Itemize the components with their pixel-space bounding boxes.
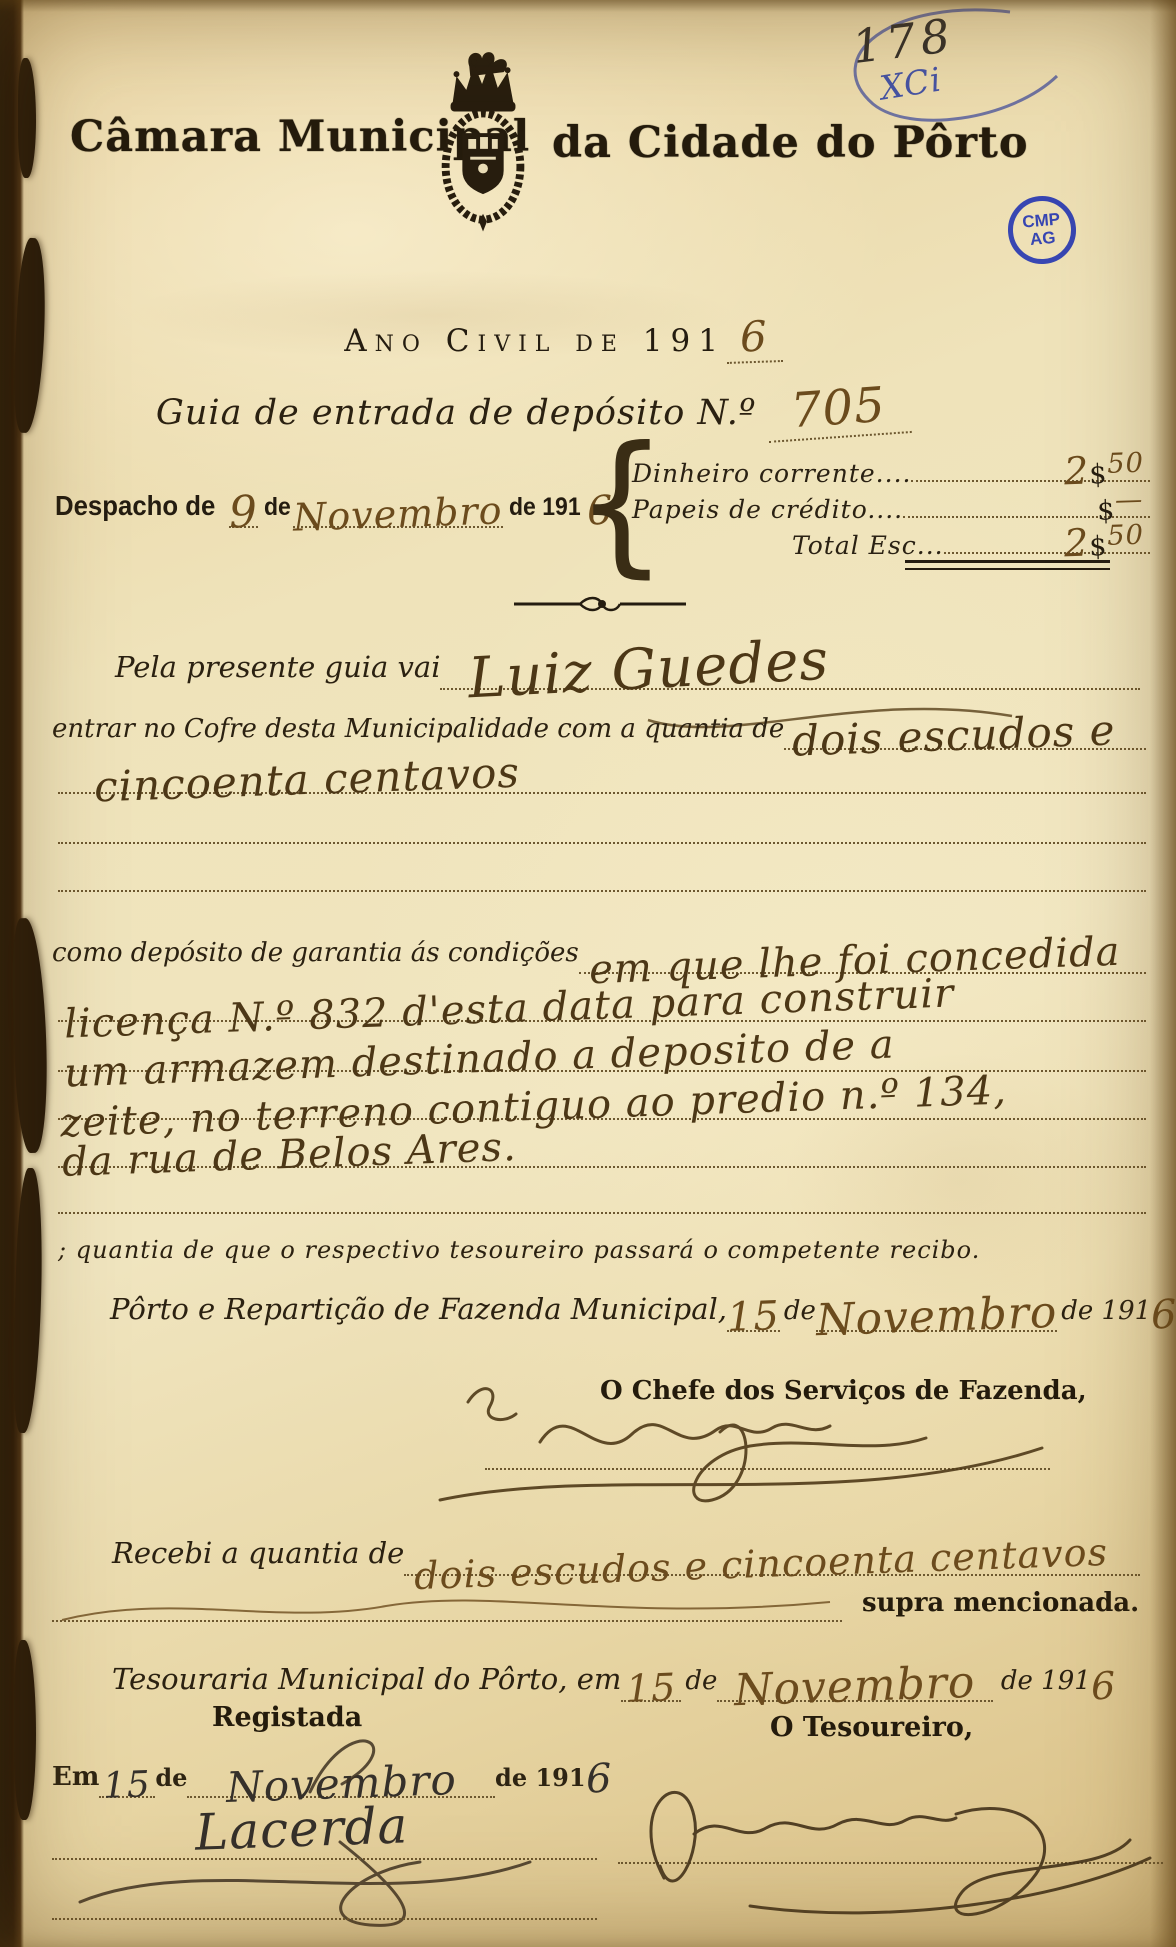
amount-row-cash: Dinheiro corrente.... 2$50 [632, 450, 1150, 486]
coat-of-arms-icon [425, 46, 543, 234]
fazenda-date-line: Pôrto e Repartição de Fazenda Municipal,… [110, 1272, 1140, 1332]
despacho-de1: de [264, 493, 291, 528]
guarantee-line-4: zeite, no terreno contiguo ao predio n.º… [58, 1066, 1146, 1120]
page-curve-shadow [1150, 0, 1176, 1947]
despacho-line: Despacho de 9 de Novembro de 191 6 [55, 468, 580, 528]
amount-words-line-2: cincoenta centavos [58, 742, 1146, 794]
guarantee-line-2: licença N.º 832 d'esta data para constru… [58, 968, 1146, 1022]
total-double-rule [905, 560, 1110, 570]
treasury-printed: Tesouraria Municipal do Pôrto, em [112, 1662, 621, 1702]
treasury-day-handwritten: 15 [625, 1665, 677, 1711]
despacho-month-handwritten: Novembro [293, 488, 504, 539]
chief-signature-icon [420, 1372, 1060, 1532]
fazenda-month-handwritten: Novembro [815, 1287, 1058, 1346]
fazenda-de2: de 191 [1061, 1296, 1151, 1332]
guia-number-handwritten: 705 [766, 375, 912, 443]
scanned-deposit-receipt: Câmara Municipal da Cidade do Pôrto 1 [0, 0, 1176, 1947]
blank-dotted-line [58, 1212, 1146, 1214]
blank-dotted-line [58, 890, 1146, 892]
civil-year-printed: Ano Civil de 191 [344, 323, 726, 359]
civil-year-line: Ano Civil de 1916 [0, 312, 1151, 363]
blank-dotted-line [58, 842, 1146, 844]
treasury-year-handwritten: 6 [1090, 1664, 1117, 1709]
treasurer-title: O Tesoureiro, [770, 1712, 973, 1743]
guarantee-line-1: como depósito de garantia ás condições e… [52, 918, 1146, 974]
fazenda-de1: de [784, 1296, 816, 1332]
fazenda-printed: Pôrto e Repartição de Fazenda Municipal, [110, 1292, 727, 1332]
municipal-archive-stamp-icon: CMP AG [1005, 193, 1079, 267]
amounts-block: Dinheiro corrente.... 2$50 Papeis de cré… [632, 450, 1150, 558]
amount-row-total: Total Esc... 2$50 [632, 522, 1150, 558]
guarantee-handwritten-5: da rua de Belos Ares. [61, 1124, 517, 1186]
amount-value-total: 2$50 [1063, 519, 1145, 566]
registada-signature-line [52, 1858, 597, 1860]
torn-paper-fragment [14, 1640, 36, 1820]
receipt-continuation-line [52, 1620, 842, 1622]
despacho-day-handwritten: 9 [228, 487, 259, 539]
treasury-date-line: Tesouraria Municipal do Pôrto, em 15 de … [112, 1642, 1116, 1702]
amount-label-total: Total Esc... [792, 531, 944, 560]
amount-label-cash: Dinheiro corrente.... [632, 459, 911, 488]
payer-line: Pela presente guia vai Luiz Guedes [115, 628, 1140, 690]
payer-printed: Pela presente guia vai [115, 650, 440, 690]
supra-mencionada-text: supra mencionada. [862, 1588, 1139, 1618]
civil-year-handwritten: 6 [725, 311, 782, 364]
registada-signature-flourish-icon [60, 1722, 560, 1942]
ornament-divider-icon [510, 592, 690, 616]
treasury-de1: de [685, 1666, 717, 1702]
fazenda-day-handwritten: 15 [726, 1293, 780, 1341]
fazenda-year-handwritten: 6 [1150, 1292, 1176, 1339]
treasurer-signature-icon [590, 1748, 1165, 1933]
treasury-de2: de 191 [1001, 1666, 1091, 1702]
receipt-printed: Recebi a quantia de [112, 1536, 404, 1576]
despacho-de2: de 191 [509, 493, 581, 528]
receipt-flourish-icon [56, 1582, 836, 1632]
stamp-text-bottom: AG [1029, 229, 1056, 249]
amount-row-credit: Papeis de crédito.... $— [632, 486, 1150, 522]
guarantee-line-5: da rua de Belos Ares. [58, 1114, 1146, 1168]
treasury-month-handwritten: Novembro [734, 1657, 977, 1716]
torn-paper-fragment [18, 58, 36, 178]
blank-dotted-line [52, 1918, 597, 1920]
guarantee-line-3: um armazem destinado a deposito de a [58, 1018, 1146, 1072]
receipt-amount-line: Recebi a quantia de dois escudos e cinco… [112, 1518, 1140, 1576]
amount-words-handwritten-2: cincoenta centavos [93, 748, 520, 812]
despacho-label: Despacho de [55, 490, 215, 528]
clause-text: ; quantia de que o respectivo tesoureiro… [58, 1236, 980, 1264]
amount-label-credit: Papeis de crédito.... [632, 495, 903, 524]
guia-title-line: Guia de entrada de depósito N.º 705 [0, 380, 1121, 438]
